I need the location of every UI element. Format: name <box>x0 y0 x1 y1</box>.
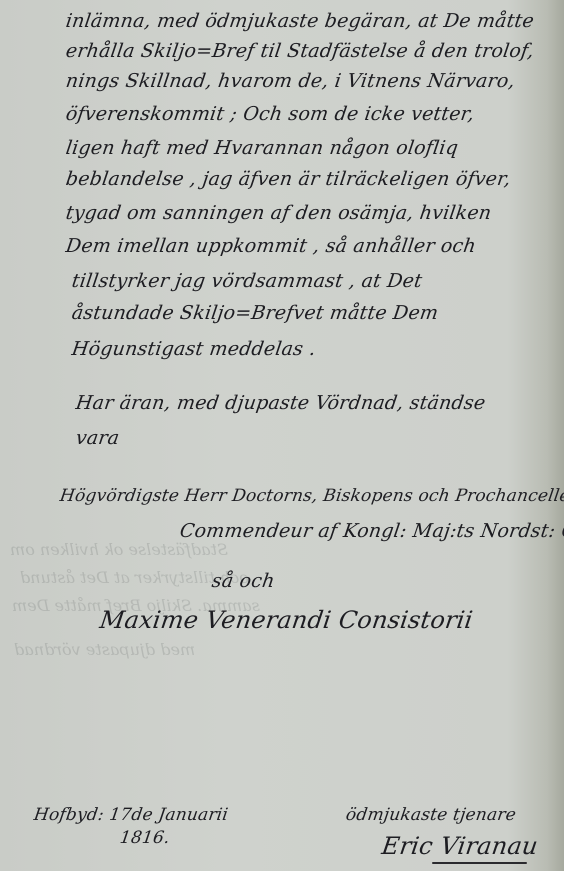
closing-line: vara <box>74 427 120 449</box>
place-date: Hofbyd: 17de Januarii <box>33 805 230 825</box>
body-line: inlämna, med ödmjukaste begäran, at De m… <box>64 10 535 32</box>
body-line: åstundade Skiljo=Brefvet måtte Dem <box>70 302 439 324</box>
closing-line: Har äran, med djupaste Vördnad, ständse <box>74 392 486 414</box>
valediction: ödmjukaste tjenare <box>345 805 518 825</box>
signature-flourish <box>432 862 527 864</box>
address-line: så och <box>210 570 276 592</box>
signature: Eric Viranau <box>380 832 540 860</box>
body-line: erhålla Skiljo=Bref til Stadfästelse å d… <box>64 40 535 62</box>
manuscript-page: Stadfästelse ok hvilken om och tillstyrk… <box>0 0 564 871</box>
body-line: tillstyrker jag vördsammast , at Det <box>70 270 423 292</box>
body-line: tygad om sanningen af den osämja, hvilke… <box>64 202 492 224</box>
bleed-through-text: med djupaste vördnad <box>14 640 195 659</box>
body-line: öfverenskommit ; Och som de icke vetter, <box>64 103 475 125</box>
address-line: Högvördigste Herr Doctorns, Biskopens oc… <box>59 486 564 506</box>
body-line: Högunstigast meddelas . <box>70 338 317 360</box>
body-line: nings Skillnad, hvarom de, i Vitnens När… <box>64 70 516 92</box>
body-line: beblandelse , jag äfven är tilräckeligen… <box>64 168 512 190</box>
address-line: Commendeur af Kongl: Maj:ts Nordst: Orde… <box>178 520 564 542</box>
address-line: Maxime Venerandi Consistorii <box>98 606 475 634</box>
bleed-through-text: Stadfästelse ok hvilken om <box>10 540 228 559</box>
body-line: Dem imellan uppkommit , så anhåller och <box>64 235 477 257</box>
year: 1816. <box>119 828 171 848</box>
body-line: ligen haft med Hvarannan någon olofliq <box>64 137 459 159</box>
